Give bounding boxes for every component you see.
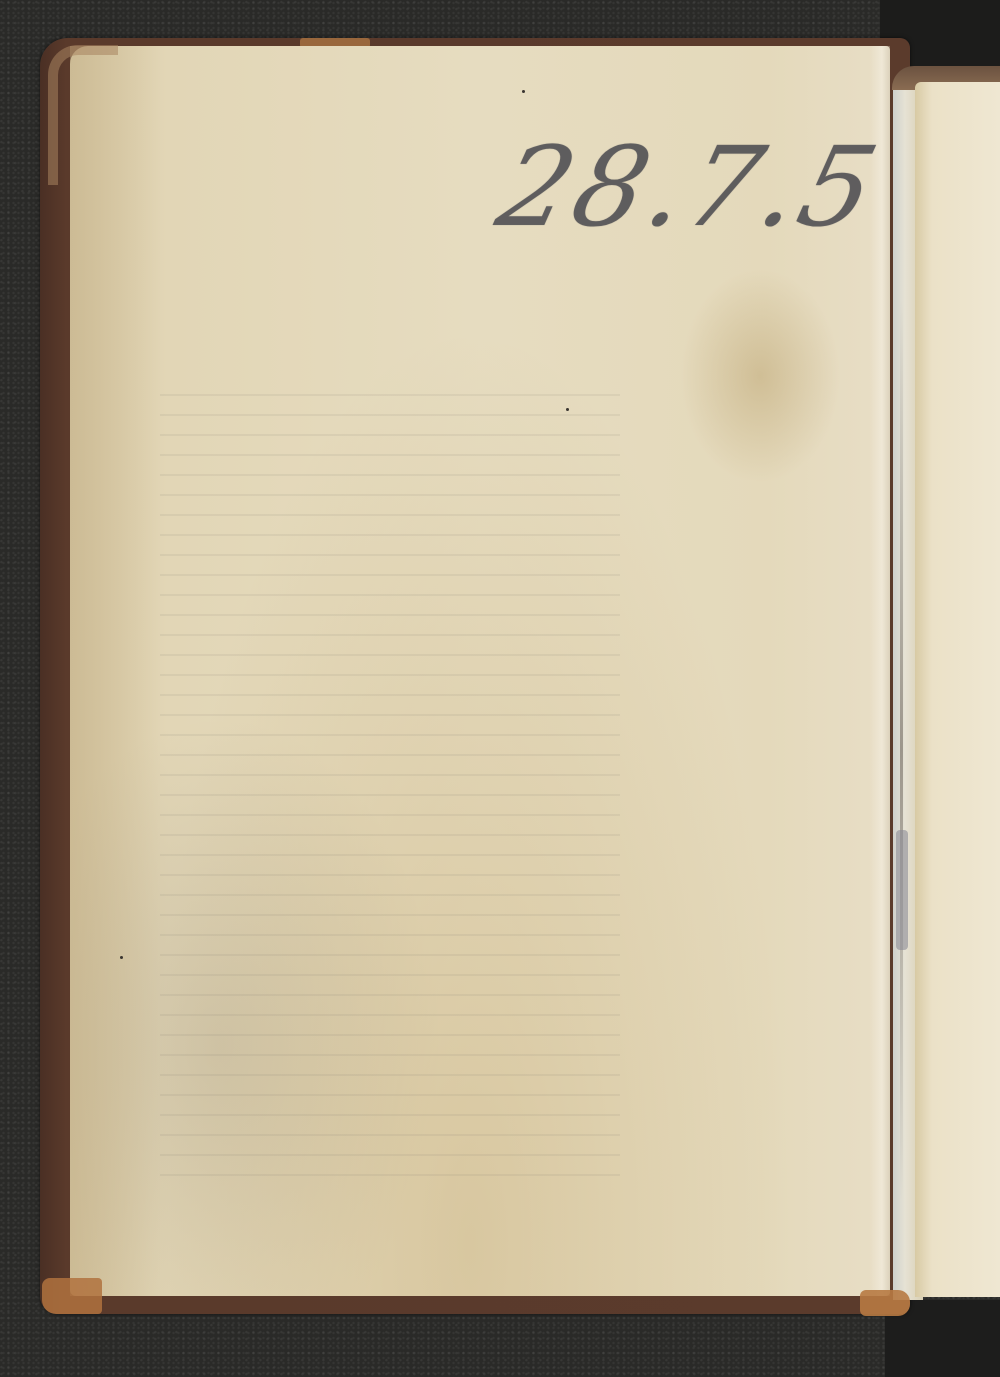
board-corner-wear-bottom-right — [860, 1290, 910, 1316]
pastedown-fold — [870, 46, 890, 1296]
ink-speck — [522, 90, 525, 93]
gutter-crease — [900, 300, 903, 1200]
pastedown-left-shadow — [70, 46, 160, 1296]
right-page-edge — [915, 82, 1000, 1297]
gutter-tear — [896, 830, 908, 950]
board-corner-wear-bottom-left — [42, 1278, 102, 1314]
ink-speck — [120, 956, 123, 959]
board-corner-wear-top-left — [48, 45, 118, 185]
offset-text-traces — [160, 376, 620, 1176]
ink-speck — [566, 408, 569, 411]
pencil-inscription: 28.7.5 — [479, 112, 841, 282]
